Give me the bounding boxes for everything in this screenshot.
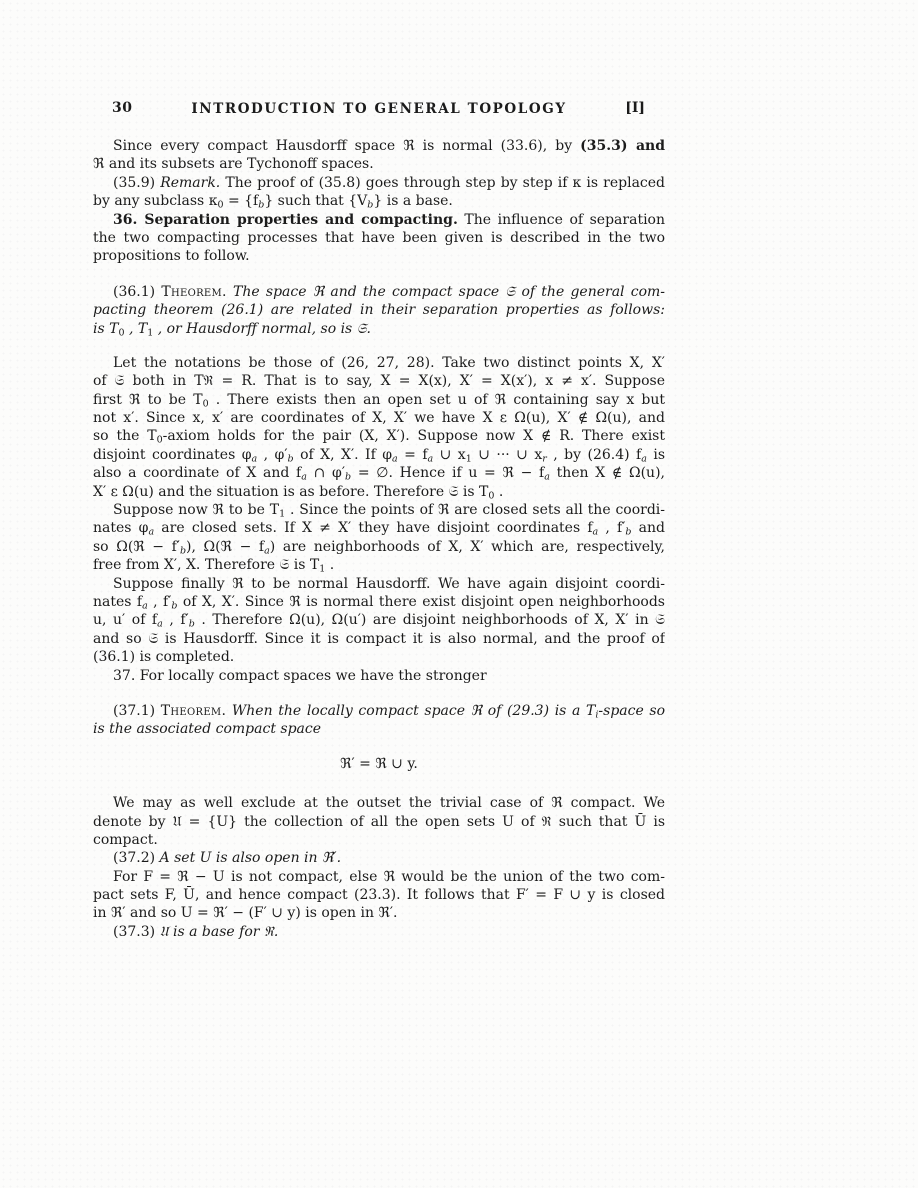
text-line: in ℜ′ and so U = ℜ′ − (F′ ∪ y) is open i…: [93, 904, 665, 922]
paragraph: Since every compact Hausdorff space ℜ is…: [93, 137, 665, 174]
book-page: 30 INTRODUCTION TO GENERAL TOPOLOGY [I] …: [0, 0, 918, 1188]
text-line: free from X′, X. Therefore 𝔖 is T1 .: [93, 556, 665, 574]
text-line: (37.2) A set U is also open in ℜ′.: [93, 849, 665, 867]
paragraph: (37.3) 𝔘 is a base for ℜ.: [93, 923, 665, 941]
text-line: denote by 𝔘 = {U} the collection of all …: [93, 813, 665, 831]
display-equation: ℜ′ = ℜ ∪ y.: [93, 755, 665, 773]
text-line: is the associated compact space: [93, 720, 665, 738]
text-line: disjoint coordinates φa , φ′b of X, X′. …: [93, 446, 665, 464]
text-line: 36. Separation properties and compacting…: [93, 211, 665, 229]
text-line: (37.1) Theorem. When the locally compact…: [93, 702, 665, 720]
paragraph: (37.2) A set U is also open in ℜ′.: [93, 849, 665, 867]
header-title: INTRODUCTION TO GENERAL TOPOLOGY: [93, 101, 665, 117]
text-line: (37.3) 𝔘 is a base for ℜ.: [93, 923, 665, 941]
text-line: nates fa , f′b of X, X′. Since ℜ is norm…: [93, 593, 665, 611]
page-body: Since every compact Hausdorff space ℜ is…: [93, 137, 665, 941]
paragraph: Suppose now ℜ to be T1 . Since the point…: [93, 501, 665, 575]
text-line: first ℜ to be T0 . There exists then an …: [93, 391, 665, 409]
header-section-label: [I]: [625, 100, 645, 116]
text-line: Since every compact Hausdorff space ℜ is…: [93, 137, 665, 155]
text-line: ℜ and its subsets are Tychonoff spaces.: [93, 155, 665, 173]
text-line: so Ω(ℜ − f′b), Ω(ℜ − fa) are neighborhoo…: [93, 538, 665, 556]
text-line: not x′. Since x, x′ are coordinates of X…: [93, 409, 665, 427]
paragraph: (35.9) Remark. The proof of (35.8) goes …: [93, 174, 665, 211]
paragraph: 36. Separation properties and compacting…: [93, 211, 665, 266]
text-line: Suppose now ℜ to be T1 . Since the point…: [93, 501, 665, 519]
text-line: u, u′ of fa , f′b . Therefore Ω(u), Ω(u′…: [93, 611, 665, 629]
text-line: We may as well exclude at the outset the…: [93, 794, 665, 812]
theorem-paragraph: (37.1) Theorem. When the locally compact…: [93, 702, 665, 739]
paragraph: We may as well exclude at the outset the…: [93, 794, 665, 849]
page-header: 30 INTRODUCTION TO GENERAL TOPOLOGY [I]: [93, 100, 665, 118]
text-line: pact sets F, Ū, and hence compact (23.3)…: [93, 886, 665, 904]
text-line: the two compacting processes that have b…: [93, 229, 665, 247]
text-line: (36.1) is completed.: [93, 648, 665, 666]
paragraph: Suppose finally ℜ to be normal Hausdorff…: [93, 575, 665, 667]
text-line: (36.1) Theorem. The space ℜ and the comp…: [93, 283, 665, 301]
text-line: 37. For locally compact spaces we have t…: [93, 667, 665, 685]
text-line: by any subclass κ0 = {fb} such that {Vb}…: [93, 192, 665, 210]
paragraph: For F = ℜ − U is not compact, else ℜ wou…: [93, 868, 665, 923]
text-line: and so 𝔖 is Hausdorff. Since it is compa…: [93, 630, 665, 648]
text-line: compact.: [93, 831, 665, 849]
text-line: is T0 , T1 , or Hausdorff normal, so is …: [93, 320, 665, 338]
theorem-paragraph: (36.1) Theorem. The space ℜ and the comp…: [93, 283, 665, 338]
paragraph: 37. For locally compact spaces we have t…: [93, 667, 665, 685]
paragraph: Let the notations be those of (26, 27, 2…: [93, 354, 665, 501]
text-line: nates φa are closed sets. If X ≠ X′ they…: [93, 519, 665, 537]
text-line: X′ ε Ω(u) and the situation is as before…: [93, 483, 665, 501]
text-line: propositions to follow.: [93, 247, 665, 265]
text-line: also a coordinate of X and fa ∩ φ′b = ∅.…: [93, 464, 665, 482]
text-line: For F = ℜ − U is not compact, else ℜ wou…: [93, 868, 665, 886]
text-line: Suppose finally ℜ to be normal Hausdorff…: [93, 575, 665, 593]
text-line: of 𝔖 both in Tℜ = R. That is to say, X =…: [93, 372, 665, 390]
text-line: (35.9) Remark. The proof of (35.8) goes …: [93, 174, 665, 192]
text-line: pacting theorem (26.1) are related in th…: [93, 301, 665, 319]
text-line: so the T0-axiom holds for the pair (X, X…: [93, 427, 665, 445]
text-line: Let the notations be those of (26, 27, 2…: [93, 354, 665, 372]
